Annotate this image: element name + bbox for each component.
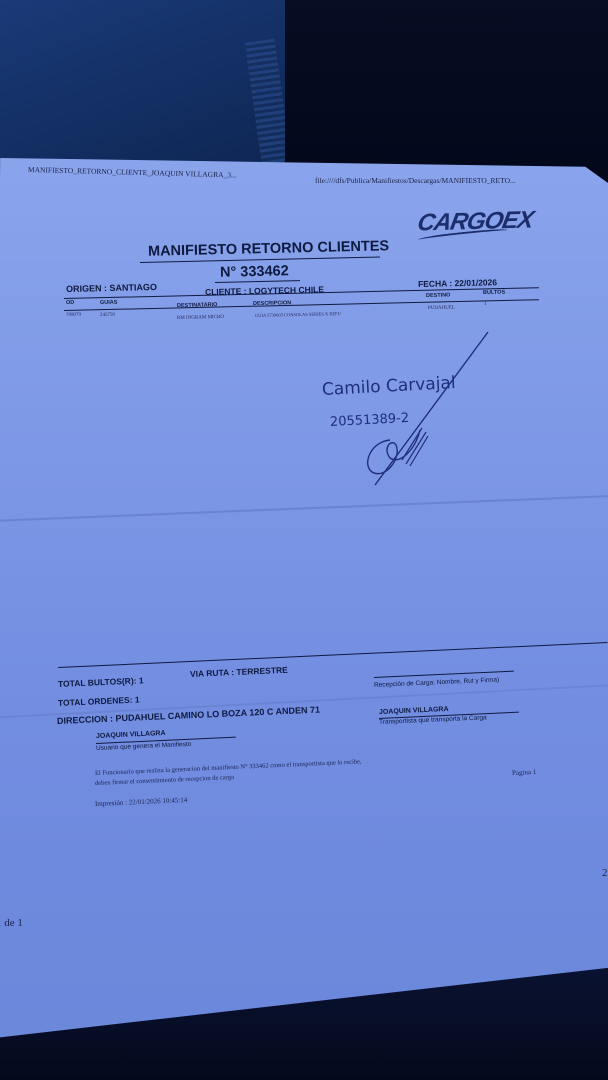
page-of-count: 1 de 1 (0, 917, 23, 929)
cell-od: 799079 (66, 313, 81, 318)
fecha-field: FECHA : 22/01/2026 (418, 277, 497, 289)
page-number: Pagina 1 (512, 768, 537, 777)
col-header-guias: GUIAS (100, 300, 118, 306)
manifest-document: MANIFIESTO_RETORNO_CLIENTE_JOAQUIN VILLA… (0, 0, 608, 1080)
recepcion-label: Recepción de Carga: Nombre, Rut y Firma) (374, 677, 500, 689)
direccion: DIRECCION : PUDAHUEL CAMINO LO BOZA 120 … (57, 705, 320, 726)
origen-field: ORIGEN : SANTIAGO (66, 282, 157, 294)
cell-bultos: 1 (484, 302, 487, 307)
usuario-name: JOAQUIN VILLAGRA (96, 730, 166, 740)
print-header-path: file:////dfs/Publica/Manifiestos/Descarg… (315, 176, 516, 185)
col-header-destino: DESTINO (426, 292, 451, 299)
signature-scribble (330, 330, 500, 490)
cell-destino: PUDAHUEL (428, 305, 455, 311)
table-header-rule (64, 299, 539, 311)
print-header-filename: MANIFIESTO_RETORNO_CLIENTE_JOAQUIN VILLA… (28, 165, 237, 179)
manifest-number: N° 333462 (220, 263, 289, 281)
print-timestamp: Impresión : 22/01/2026 10:45:14 (95, 796, 188, 808)
col-header-od: OD (66, 300, 74, 306)
footer-rule (58, 642, 607, 668)
cell-destinatario: RM INGRAM MICRO (177, 315, 224, 321)
total-ordenes: TOTAL ORDENES: 1 (58, 694, 140, 708)
via-ruta: VIA RUTA : TERRESTRE (190, 665, 288, 679)
total-bultos: TOTAL BULTOS(R): 1 (58, 675, 144, 689)
cell-guias: 245750 (100, 313, 115, 318)
col-header-bultos: BULTOS (483, 289, 505, 296)
transportista-label: Transportista que transporta la Carga (379, 714, 487, 726)
cell-descripcion: GUIA 5739603 CONSOLAS SERIES X REFU (255, 311, 341, 318)
page-edge-number: 2 (602, 867, 608, 879)
